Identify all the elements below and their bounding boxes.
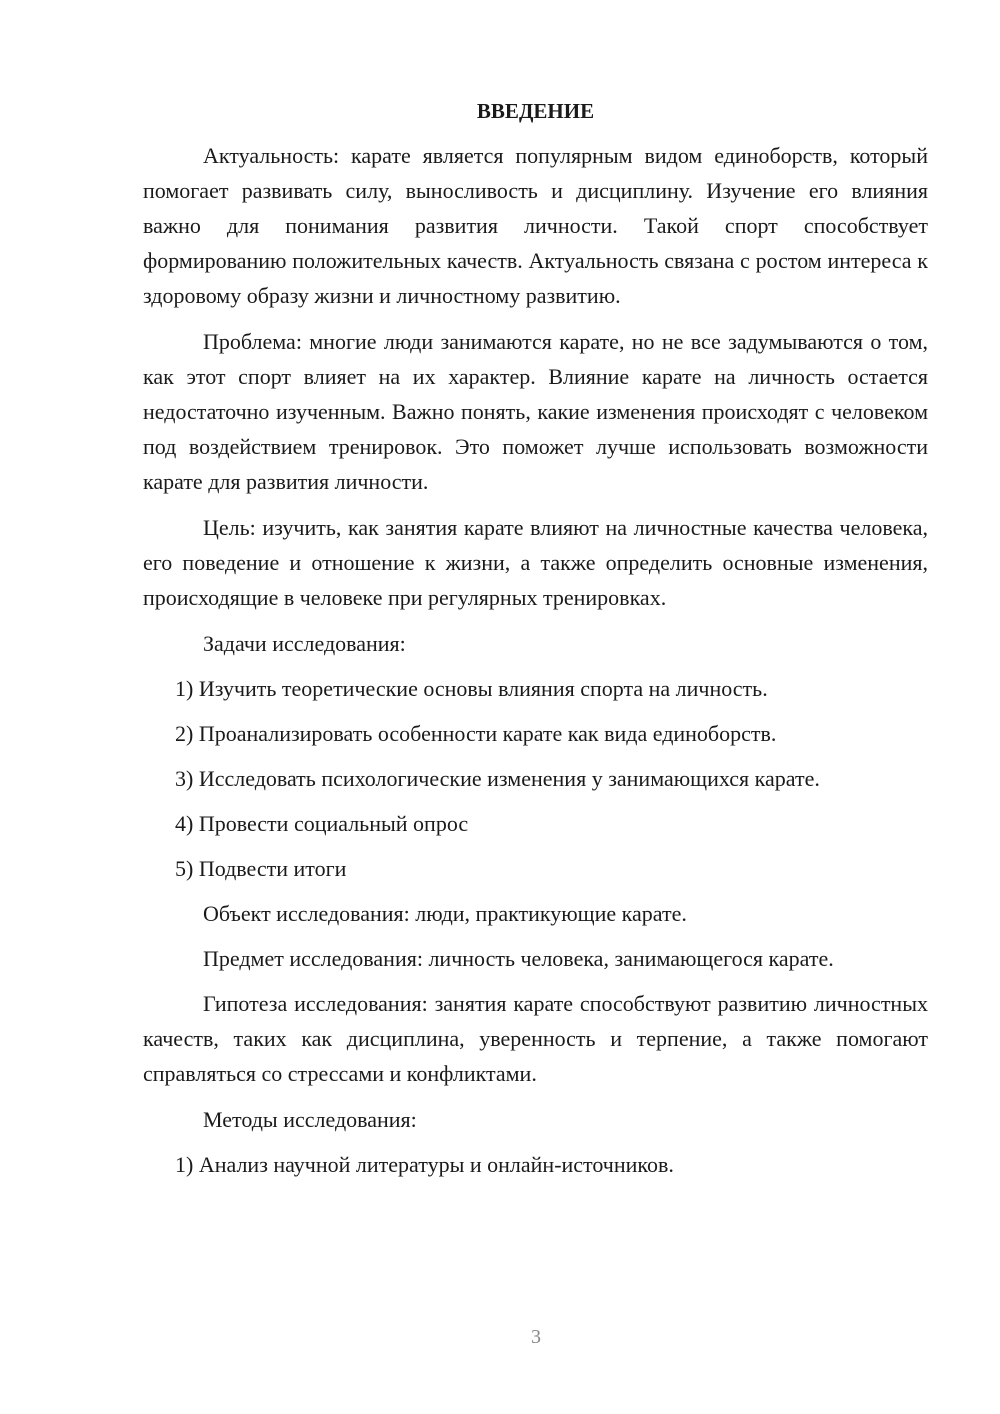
hypothesis-paragraph: Гипотеза исследования: занятия карате сп… [143,986,928,1091]
methods-list: 1) Анализ научной литературы и онлайн-ис… [143,1147,928,1182]
task-item: 4) Провести социальный опрос [143,806,928,841]
methods-heading: Методы исследования: [143,1102,928,1137]
page-number: 3 [0,1326,1000,1349]
document-page: ВВЕДЕНИЕ Актуальность: карате является п… [0,0,1000,1414]
tasks-heading: Задачи исследования: [143,626,928,661]
task-item: 2) Проанализировать особенности карате к… [143,716,928,751]
page-content: ВВЕДЕНИЕ Актуальность: карате является п… [143,96,928,1192]
object-paragraph: Объект исследования: люди, практикующие … [143,896,928,931]
section-title: ВВЕДЕНИЕ [143,96,928,126]
problem-paragraph: Проблема: многие люди занимаются карате,… [143,324,928,499]
subject-paragraph: Предмет исследования: личность человека,… [143,941,928,976]
tasks-list: 1) Изучить теоретические основы влияния … [143,671,928,886]
task-item: 1) Изучить теоретические основы влияния … [143,671,928,706]
relevance-paragraph: Актуальность: карате является популярным… [143,138,928,313]
goal-paragraph: Цель: изучить, как занятия карате влияют… [143,510,928,615]
method-item: 1) Анализ научной литературы и онлайн-ис… [143,1147,928,1182]
task-item: 5) Подвести итоги [143,851,928,886]
task-item: 3) Исследовать психологические изменения… [143,761,928,796]
